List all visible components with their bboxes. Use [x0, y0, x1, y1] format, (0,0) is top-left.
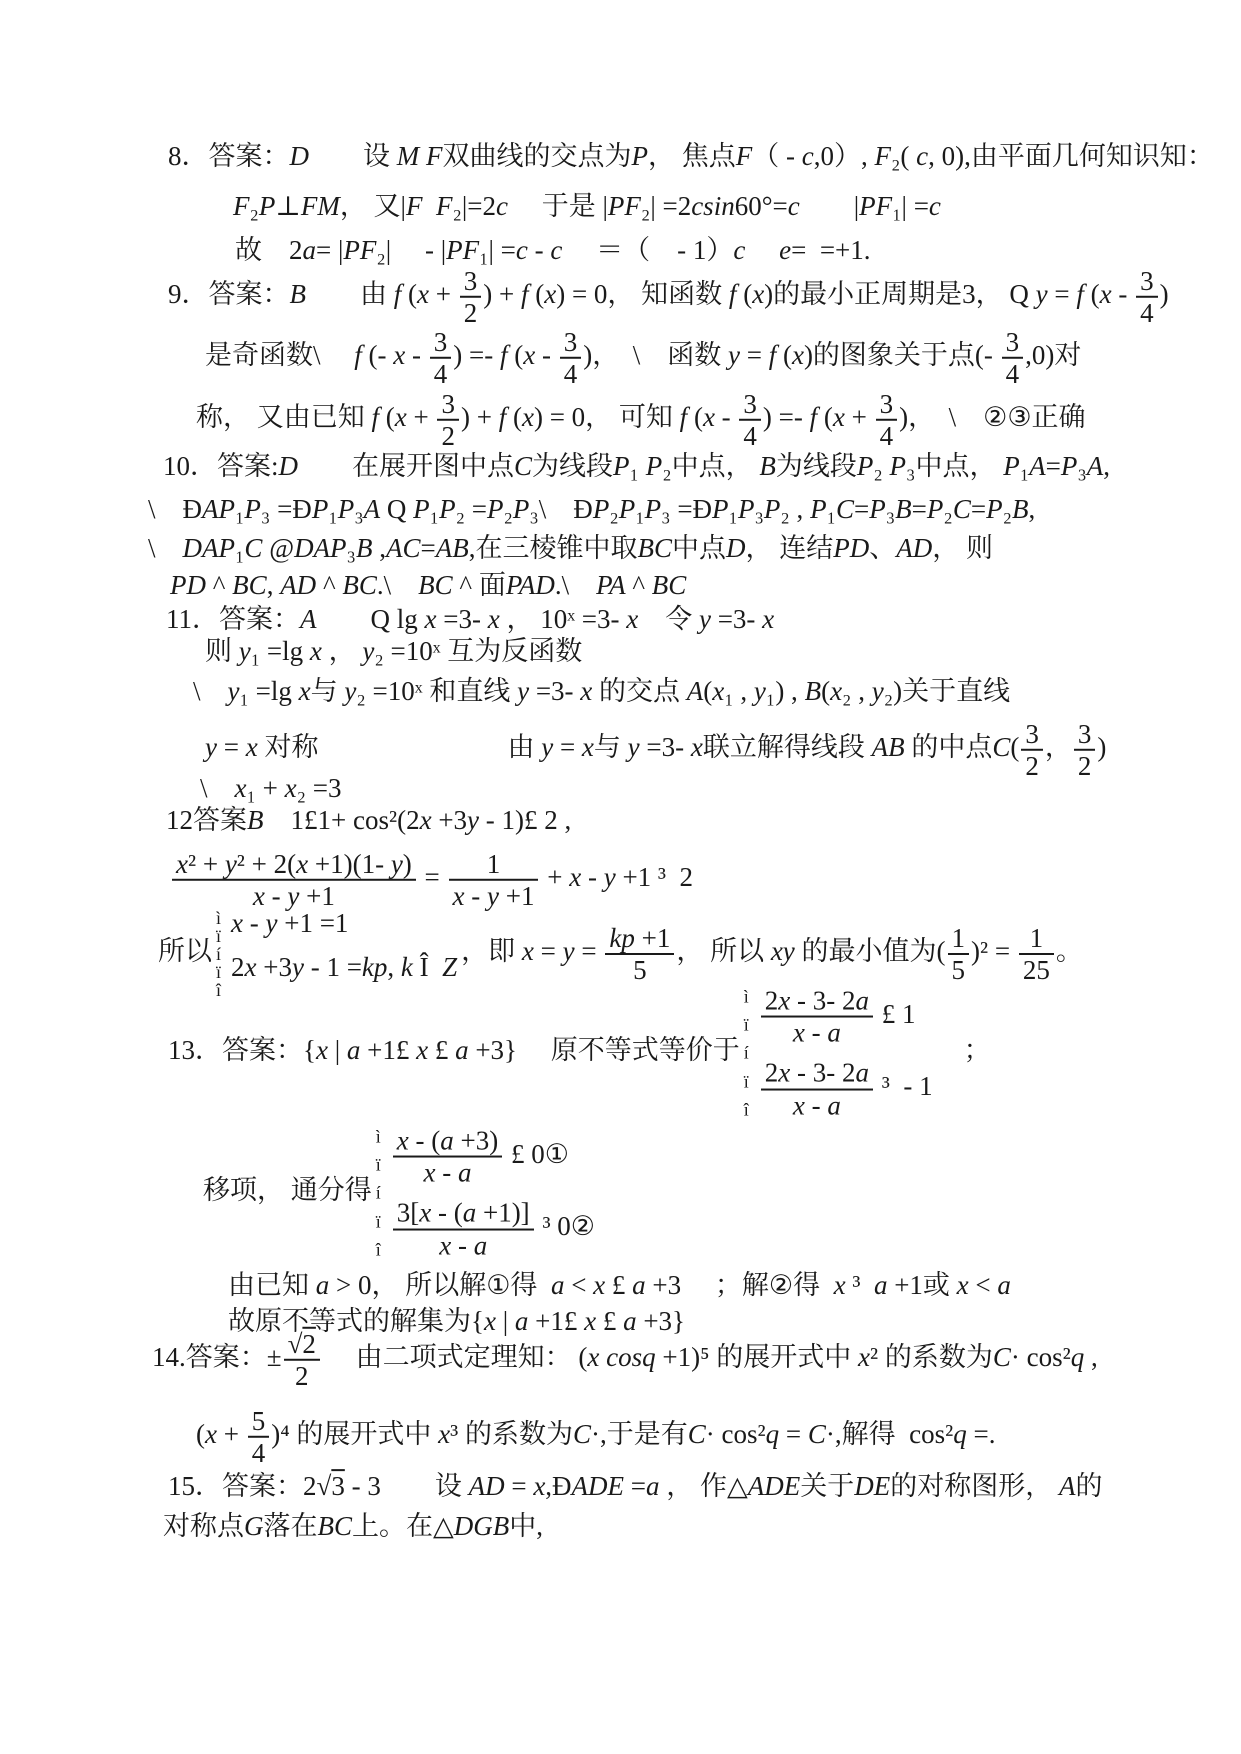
text-line-11: 11．答案：A Q lg x =3- x ， 10ˣ =3- x 令 y =3-…	[166, 603, 774, 637]
text-line-7: 10．答案:D 在展开图中点C为线段P₁ P₂中点， B为线段P₂ P₃中点， …	[163, 450, 1110, 484]
text-line-8: \ ÐAP₁P₃ =ÐP₁P₃A Q P₁P₂ =P₂P₃\ ÐP₂P₁P₃ =…	[148, 493, 1035, 527]
fraction: 2x - 3- 2ax - a	[761, 986, 873, 1048]
text-line-24: (x + 54)⁴ 的展开式中 x³ 的系数为C·,于是有C· cos²q = …	[196, 1406, 995, 1468]
fraction: x - (a +3)x - a	[393, 1126, 502, 1188]
fraction: 32	[1021, 719, 1043, 781]
brace-row: 2x +3y - 1 =kp, k Î Z	[231, 951, 457, 985]
radical-expression: √3	[317, 1471, 345, 1501]
brace-group: ìïíïîx - (a +3)x - a £ 0①3[x - (a +1)]x …	[376, 1126, 595, 1261]
fraction: 34	[876, 389, 898, 451]
brace-row: x - y +1 =1	[231, 907, 457, 941]
text-line-9: \ DAP₁C @DAP₃B ,AC=AB,在三棱锥中取BC中点D， 连结PD、…	[148, 532, 993, 566]
fraction: 34	[739, 389, 761, 451]
page: 8．答案：D 设 M F双曲线的交点为P， 焦点F（ - c,0）, F₂( c…	[0, 0, 1241, 1754]
fraction: 32	[460, 266, 482, 328]
brace-row: 2x - 3- 2ax - a ³ - 1	[759, 1058, 933, 1120]
text-line-20: 移项， 通分得ìïíïîx - (a +3)x - a £ 0①3[x - (a…	[203, 1126, 599, 1261]
fraction: 3[x - (a +1)]x - a	[393, 1198, 534, 1260]
brace-row: 3[x - (a +1)]x - a ³ 0②	[391, 1198, 595, 1260]
text-line-6: 称， 又由已知 f (x + 32) + f (x) = 0， 可知 f (x …	[196, 389, 1086, 451]
text-line-1: 8．答案：D 设 M F双曲线的交点为P， 焦点F（ - c,0）, F₂( c…	[168, 140, 1214, 174]
text-line-4: 9．答案：B 由 f (x + 32) + f (x) = 0， 知函数 f (…	[168, 266, 1169, 328]
fraction: kp +15	[605, 923, 674, 985]
left-brace-icon: ìïíïî	[744, 986, 759, 1121]
text-line-12: 则 y₁ =lg x ， y₂ =10ˣ 互为反函数	[205, 635, 582, 669]
text-line-19: 13．答案：{x | a +1£ x £ a +3} 原不等式等价于ìïíïî2…	[168, 986, 991, 1121]
fraction: √22	[284, 1329, 320, 1391]
fraction: 34	[560, 327, 582, 389]
text-line-17: x² + y² + 2(x +1)(1- y)x - y +1 = 1x - y…	[170, 849, 693, 911]
text-line-5: 是奇函数\ f (- x - 34) =- f (x - 34)， \ 函数 y…	[205, 327, 1081, 389]
text-line-2: F₂P⊥FM， 又|F F₂|=2c 于是 |PF₂| =2csin60°=c …	[233, 190, 941, 224]
text-line-13: \ y₁ =lg x与 y₂ =10ˣ 和直线 y =3- x 的交点 A(x₁…	[193, 675, 1010, 709]
text-line-10: PD ^ BC, AD ^ BC.\ BC ^ 面PAD.\ PA ^ BC	[170, 569, 686, 603]
fraction: 32	[437, 389, 459, 451]
fraction: 32	[1074, 719, 1096, 781]
fraction: 34	[430, 327, 452, 389]
fraction: 2x - 3- 2ax - a	[761, 1058, 873, 1120]
radical-expression: √2	[288, 1329, 316, 1359]
text-line-16: 12答案B 1£1+ cos²(2x +3y - 1)£ 2 ,	[166, 804, 571, 838]
text-line-21: 由已知 a > 0， 所以解①得 a < x £ a +3 ；解②得 x ³ a…	[228, 1269, 1011, 1303]
fraction: 1x - y +1	[449, 849, 539, 911]
brace-row: 2x - 3- 2ax - a £ 1	[759, 986, 933, 1048]
brace-row: x - (a +3)x - a £ 0①	[391, 1126, 595, 1188]
fraction: x² + y² + 2(x +1)(1- y)x - y +1	[172, 849, 416, 911]
left-brace-icon: ìïíïî	[376, 1126, 391, 1261]
fraction: 15	[948, 923, 970, 985]
brace-group: ìïíïî2x - 3- 2ax - a £ 12x - 3- 2ax - a …	[744, 986, 933, 1121]
text-line-26: 对称点G落在BC上。在△DGB中,	[163, 1510, 543, 1544]
text-line-23: 14.答案：±√22 由二项式定理知： (x cosq +1)⁵ 的展开式中 x…	[152, 1329, 1098, 1391]
fraction: 125	[1019, 923, 1054, 985]
fraction: 54	[248, 1406, 270, 1468]
text-line-3: 故 2a= |PF₂| - |PF₁| =c - c ＝（ - 1）c e= =…	[235, 234, 871, 268]
fraction: 34	[1002, 327, 1024, 389]
text-line-15: \ x₁ + x₂ =3	[200, 772, 342, 806]
text-line-25: 15．答案：2√3 - 3 设 AD = x,ÐADE =a ， 作△ADE关于…	[168, 1470, 1103, 1504]
fraction: 34	[1136, 266, 1158, 328]
